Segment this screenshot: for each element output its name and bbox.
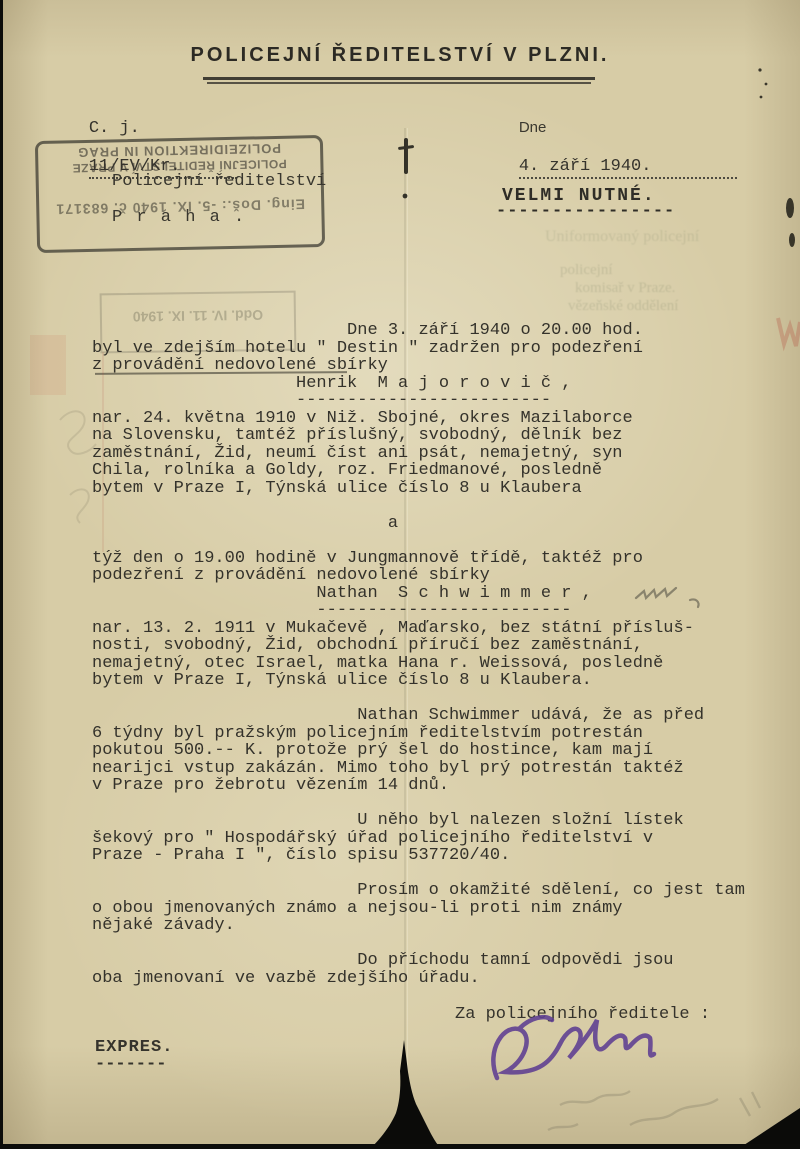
- paper-tear-bottom-center: [370, 1040, 442, 1149]
- document-page: POLICEJNÍ ŘEDITELSTVÍ V PLZNI. C. j. 11/…: [0, 0, 800, 1149]
- scan-corner-wedge: [738, 1108, 800, 1149]
- dark-specks: [758, 68, 795, 247]
- scan-artifacts-layer: [0, 0, 800, 1149]
- signature-handwritten: [493, 1017, 654, 1078]
- red-ghost-marks: [30, 318, 800, 552]
- scan-edge-bottom: [0, 1144, 800, 1149]
- ink-mark-fold: [398, 138, 414, 198]
- pencil-scribble-left-margin: [60, 411, 96, 523]
- bleedthrough-handwriting-bottom: [548, 1091, 760, 1130]
- scan-edge-left: [0, 0, 3, 1149]
- pencil-annotation-squiggle: [636, 588, 699, 607]
